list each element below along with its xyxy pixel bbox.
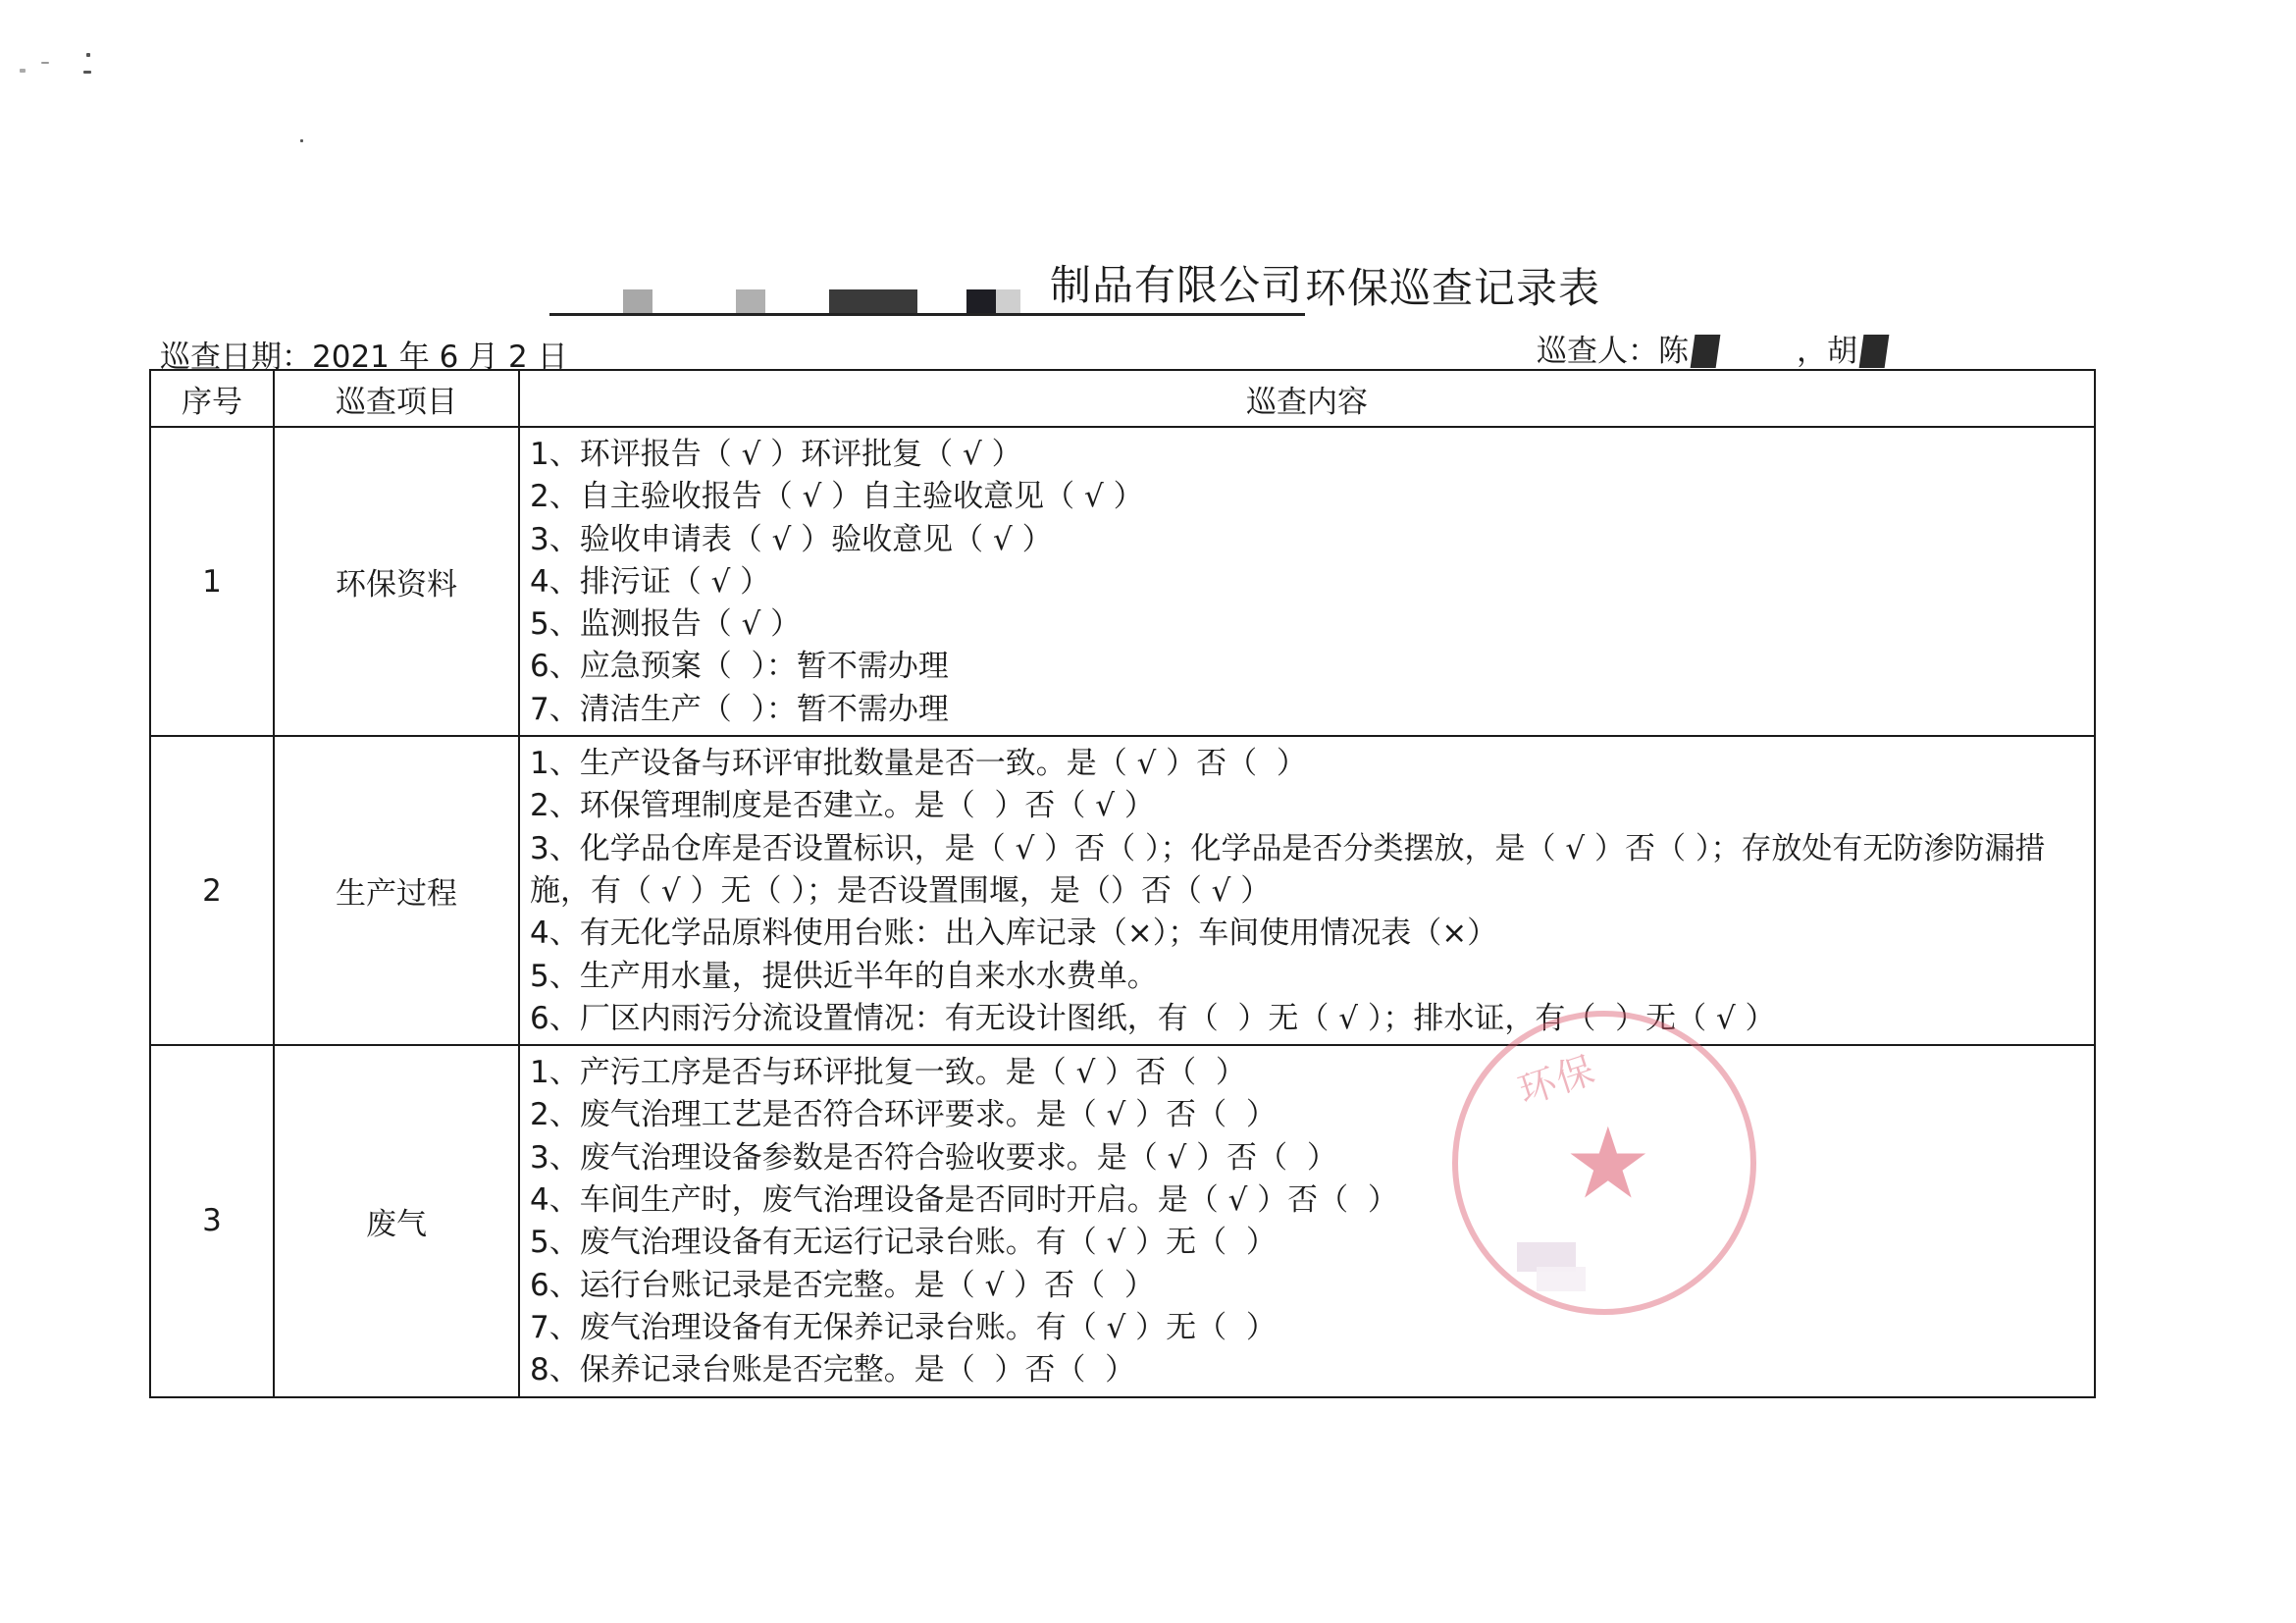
table-row: 3 废气 1、产污工序是否与环评批复一致。是（ √ ）否（ ） 2、废气治理工艺… [150,1045,2095,1396]
content-line: 1、生产设备与环评审批数量是否一致。是（ √ ）否（ ） [530,743,2094,785]
star-icon: ★ [1564,1115,1652,1213]
inspection-record-table: 序号 巡查项目 巡查内容 1 环保资料 1、环评报告（ √ ）环评批复（ √ ）… [149,369,2096,1398]
scan-speck [86,53,90,57]
content-line: 4、有无化学品原料使用台账：出入库记录（×）；车间使用情况表（×） [530,913,2094,955]
inspector-separator: ， [1797,334,1827,369]
header-content: 巡查内容 [519,370,2095,427]
scan-speck [41,62,49,64]
content-line: 1、环评报告（ √ ）环评批复（ √ ） [530,434,2094,476]
content-line: 6、应急预案（ ）：暂不需办理 [530,646,2094,688]
content-line: 6、厂区内雨污分流设置情况：有无设计图纸，有（ ）无（ √ ）；排水证，有（ ）… [530,998,2094,1040]
content-line: 1、产污工序是否与环评批复一致。是（ √ ）否（ ） [530,1052,2094,1094]
row-no: 2 [150,736,274,1045]
redaction-block [1718,337,1797,366]
redaction-block [1537,1267,1586,1291]
table-header-row: 序号 巡查项目 巡查内容 [150,370,2095,427]
content-line: 3、废气治理设备参数是否符合验收要求。是（ √ ）否（ ） [530,1137,2094,1179]
scan-speck [83,71,91,74]
content-line: 3、化学品仓库是否设置标识，是（ √ ）否（ ）；化学品是否分类摆放，是（ √ … [530,828,2094,914]
content-line: 4、排污证（ √ ） [530,561,2094,603]
content-line: 8、保养记录台账是否完整。是（ ）否（ ） [530,1349,2094,1391]
content-line: 5、废气治理设备有无运行记录台账。有（ √ ）无（ ） [530,1222,2094,1264]
row-content: 1、产污工序是否与环评批复一致。是（ √ ）否（ ） 2、废气治理工艺是否符合环… [519,1045,2095,1396]
header-no: 序号 [150,370,274,427]
scan-speck [300,139,303,142]
content-line: 4、车间生产时，废气治理设备是否同时开启。是（ √ ）否（ ） [530,1179,2094,1222]
redaction-block [1859,335,1890,368]
row-item: 废气 [274,1045,519,1396]
inspector-1-name: 陈 [1658,334,1689,369]
content-line: 2、自主验收报告（ √ ）自主验收意见（ √ ） [530,476,2094,518]
content-line: 5、监测报告（ √ ） [530,603,2094,646]
row-item: 环保资料 [274,427,519,736]
row-content: 1、环评报告（ √ ）环评批复（ √ ） 2、自主验收报告（ √ ）自主验收意见… [519,427,2095,736]
redaction-block [1691,335,1721,368]
content-line: 2、环保管理制度是否建立。是（ ）否（ √ ） [530,785,2094,827]
table-row: 2 生产过程 1、生产设备与环评审批数量是否一致。是（ √ ）否（ ） 2、环保… [150,736,2095,1045]
content-line: 7、废气治理设备有无保养记录台账。有（ √ ）无（ ） [530,1307,2094,1349]
title-company-suffix: 制品有限公司 [1050,258,1305,316]
redaction-block [829,289,917,313]
company-seal: 环保 ★ [1452,1011,1756,1315]
inspector-2-name: 胡 [1827,334,1857,369]
row-no: 3 [150,1045,274,1396]
row-content: 1、生产设备与环评审批数量是否一致。是（ √ ）否（ ） 2、环保管理制度是否建… [519,736,2095,1045]
table-row: 1 环保资料 1、环评报告（ √ ）环评批复（ √ ） 2、自主验收报告（ √ … [150,427,2095,736]
content-line: 6、运行台账记录是否完整。是（ √ ）否（ ） [530,1265,2094,1307]
title-form-name: 环保巡查记录表 [1305,261,1600,316]
seal-text: 环保 [1510,1039,1601,1115]
row-item: 生产过程 [274,736,519,1045]
redaction-block [996,289,1020,313]
scanned-document-page: 制品有限公司 环保巡查记录表 巡查日期：2021 年 6 月 2 日 巡查人： … [0,0,2296,1623]
redaction-block [623,289,652,313]
inspectors: 巡查人： 陈 ， 胡 [1537,334,1887,369]
redaction-block [966,289,996,313]
content-line: 3、验收申请表（ √ ）验收意见（ √ ） [530,519,2094,561]
inspector-label: 巡查人： [1537,334,1658,369]
content-line: 7、清洁生产（ ）：暂不需办理 [530,689,2094,731]
scan-speck [20,69,26,73]
header-item: 巡查项目 [274,370,519,427]
content-line: 5、生产用水量，提供近半年的自来水水费单。 [530,956,2094,998]
company-name-redacted [549,264,1050,316]
content-line: 2、废气治理工艺是否符合环评要求。是（ √ ）否（ ） [530,1094,2094,1136]
redaction-block [736,289,765,313]
row-no: 1 [150,427,274,736]
document-title: 制品有限公司 环保巡查记录表 [549,257,1600,316]
